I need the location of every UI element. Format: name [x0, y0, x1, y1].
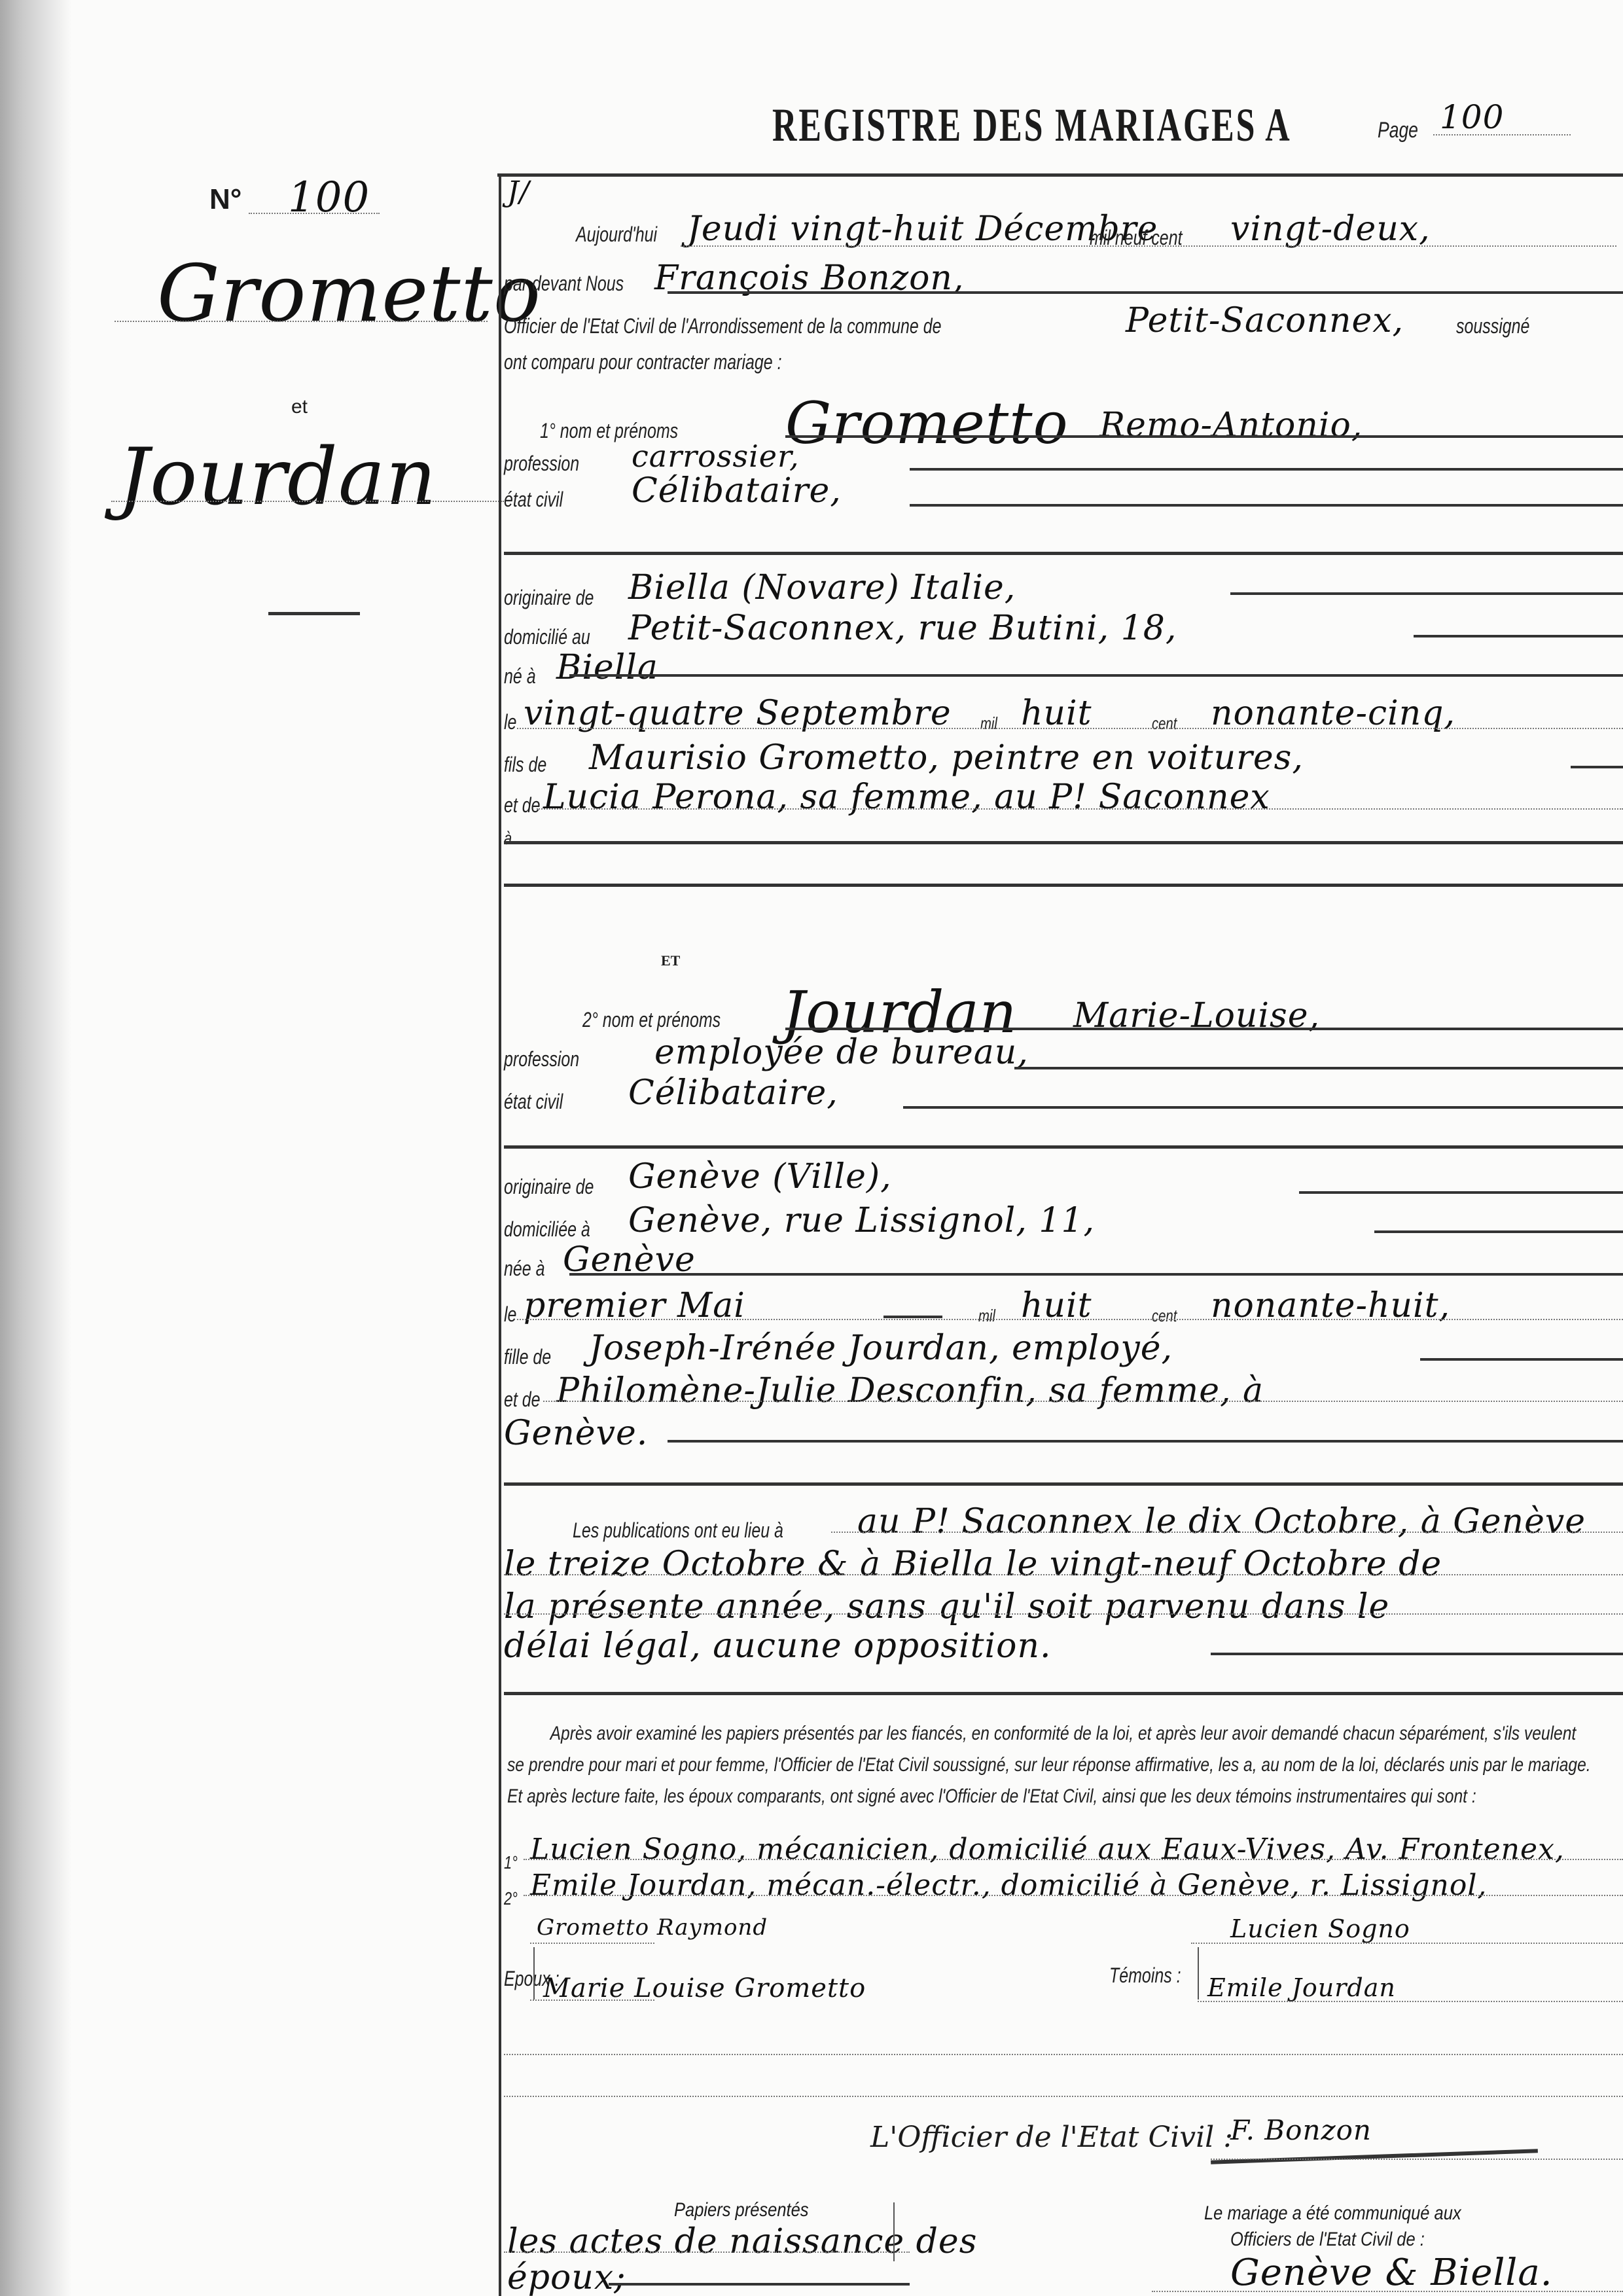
publications-dotline-1 [831, 1532, 1623, 1533]
groom-father: Maurisio Grometto, peintre en voitures, [589, 738, 1304, 778]
bride-domicile: Genève, rue Lissignol, 11, [628, 1201, 1095, 1240]
groom-etat-label: état civil [504, 488, 563, 512]
groom-father-line [1571, 766, 1623, 768]
bride-originaire: Genève (Ville), [628, 1157, 892, 1196]
bride-section-rule [504, 1145, 1623, 1149]
publications-line-2: le treize Octobre & à Biella le vingt-ne… [504, 1545, 1442, 1584]
bride-domicile-label: domiciliée à [504, 1217, 590, 1242]
comparu-label: ont comparu pour contracter mariage : [504, 350, 782, 374]
witness-2-num: 2° [504, 1888, 518, 1909]
bride-profession-line [1014, 1067, 1623, 1069]
officier-label: Officier de l'Etat Civil de l'Arrondisse… [504, 314, 941, 338]
groom-birthplace: Biella [556, 648, 658, 687]
bride-birthplace-line [569, 1273, 1623, 1276]
witness-1: Lucien Sogno, mécanicien, domicilié aux … [530, 1833, 1565, 1866]
groom-section-rule [504, 552, 1623, 555]
bride-le-label: le [504, 1302, 516, 1327]
groom-mother: Lucia Perona, sa femme, au P! Saconnex [543, 778, 1270, 817]
margin-bride-surname: Jourdan [118, 432, 437, 523]
header-rule [497, 173, 1623, 177]
groom-originaire: Biella (Novare) Italie, [628, 568, 1016, 607]
temoins-label: Témoins : [1109, 1964, 1181, 1988]
bride-nee-label: née à [504, 1257, 544, 1281]
groom-mother-line [537, 808, 1623, 810]
marginal-mark: J/ [507, 175, 529, 209]
groom-domicile-label: domicilié au [504, 625, 590, 649]
epoux-sig-line-2 [530, 2000, 654, 2001]
communication-label-1: Le mariage a été communiqué aux [1204, 2202, 1461, 2225]
groom-name-line [785, 435, 1623, 438]
temoin-signature-1: Lucien Sogno [1230, 1914, 1410, 1943]
margin-bride-line [111, 501, 504, 502]
witness-1-num: 1° [504, 1852, 518, 1873]
page-number-line [1433, 134, 1571, 135]
groom-end-rule [504, 884, 1623, 887]
groom-etat: Célibataire, [632, 471, 842, 511]
margin-groom-surname: Grometto [157, 249, 541, 340]
page-label: Page [1378, 118, 1418, 143]
groom-mil-label: mil [980, 713, 997, 734]
page-binding-shadow [0, 0, 72, 2296]
bride-etat-label: état civil [504, 1090, 563, 1114]
marriage-year: vingt-deux, [1230, 209, 1431, 249]
bride-mil-label: mil [978, 1306, 995, 1326]
groom-originaire-label: originaire de [504, 586, 594, 610]
groom-ne-label: né à [504, 664, 536, 689]
par-devant-label: par devant Nous [504, 272, 624, 296]
bride-etat: Célibataire, [628, 1073, 838, 1113]
temoin-signature-2: Emile Jourdan [1207, 1973, 1396, 2002]
temoin-sig-line-2 [1198, 2001, 1623, 2002]
publications-end-line [1211, 1653, 1623, 1655]
groom-etat-line [910, 504, 1623, 507]
publications-end-rule [504, 1692, 1623, 1695]
margin-end-rule [268, 612, 360, 615]
papers-line-2-rule [609, 2283, 910, 2286]
groom-profession-line [910, 468, 1623, 471]
groom-domicile: Petit-Saconnex, rue Butini, 18, [628, 609, 1177, 648]
bride-birth-line [517, 1319, 1623, 1320]
margin-groom-line [115, 321, 488, 322]
temoins-bracket [1198, 1947, 1199, 2000]
papers-divider [893, 2202, 895, 2261]
groom-cent-label: cent [1152, 713, 1177, 734]
groom-birth-year: nonante-cinq, [1211, 694, 1455, 733]
bride-cent-label: cent [1152, 1306, 1177, 1326]
officer-signature-stroke [1211, 2149, 1538, 2164]
publications-label: Les publications ont eu lieu à [573, 1518, 783, 1543]
bride-mother: Philomène-Julie Desconfin, sa femme, à [556, 1371, 1264, 1410]
epoux-signature-1: Grometto Raymond [537, 1914, 768, 1941]
publications-line-4: délai légal, aucune opposition. [504, 1626, 1052, 1666]
publications-dotline-2 [504, 1574, 1623, 1575]
bride-father-line [1420, 1358, 1623, 1361]
bride-domicile-line [1374, 1230, 1623, 1233]
page-number: 100 [1440, 98, 1504, 136]
communication-label-2: Officiers de l'Etat Civil de : [1230, 2229, 1425, 2251]
bride-mother-cont: Genève. [504, 1414, 648, 1453]
bride-name-line [785, 1028, 1623, 1030]
groom-le-label: le [504, 710, 516, 734]
papers-dotline-1 [504, 2251, 910, 2253]
papers-label: Papiers présentés [674, 2199, 809, 2221]
officer-signature-label: L'Officier de l'Etat Civil : [870, 2121, 1233, 2154]
groom-profession: carrossier, [632, 439, 800, 474]
bride-profession: employée de bureau, [654, 1033, 1029, 1072]
form-left-border [499, 173, 501, 2296]
marriage-date: Jeudi vingt-huit Décembre [687, 209, 1158, 249]
bride-originaire-line [1299, 1191, 1623, 1194]
groom-domicile-line [1414, 635, 1623, 637]
groom-birth-date: vingt-quatre Septembre [524, 694, 952, 733]
bride-nom-label: 2° nom et prénoms [582, 1008, 721, 1032]
bride-mother-line [543, 1401, 1623, 1402]
bride-profession-label: profession [504, 1047, 579, 1071]
record-number: 100 [288, 173, 370, 222]
declaration-text: Après avoir examiné les papiers présenté… [507, 1718, 1597, 1812]
bride-fille-label: fille de [504, 1345, 551, 1369]
papers-line-1: les actes de naissance des [507, 2222, 977, 2261]
record-number-line [249, 213, 380, 214]
groom-birthplace-line [569, 674, 1623, 677]
temoin-sig-line-1 [1191, 1943, 1623, 1944]
groom-given-names: Remo-Antonio, [1099, 406, 1363, 445]
groom-profession-label: profession [504, 452, 579, 476]
bride-mere-label: et de [504, 1388, 541, 1412]
groom-a-label: à [504, 828, 512, 849]
communication-line [1152, 2291, 1623, 2292]
epoux-bracket [533, 1947, 535, 2000]
aujourdhui-label: Aujourd'hui [576, 223, 657, 247]
groom-birth-century: huit [1021, 694, 1092, 733]
officer-line [668, 291, 1623, 294]
groom-mere-label: et de [504, 793, 541, 817]
groom-originaire-line [1230, 592, 1623, 595]
groom-fils-label: fils de [504, 753, 546, 777]
bride-birth-dash [883, 1316, 942, 1318]
bride-originaire-label: originaire de [504, 1175, 594, 1199]
groom-birth-line [517, 728, 1623, 729]
witness-1-line [524, 1859, 1623, 1860]
date-line [681, 245, 1616, 247]
signature-end-line-1 [504, 2054, 1623, 2055]
bride-father: Joseph-Irénée Jourdan, employé, [589, 1329, 1173, 1368]
publications-line-3: la présente année, sans qu'il soit parve… [504, 1587, 1389, 1626]
witness-2: Emile Jourdan, mécan.-électr., domicilié… [530, 1869, 1487, 1902]
groom-surname: Grometto [785, 389, 1069, 457]
communication-value: Genève & Biella. [1230, 2251, 1553, 2294]
papers-line-2: époux; [507, 2258, 626, 2296]
bride-etat-line [903, 1106, 1623, 1109]
record-number-label: N° [209, 183, 241, 216]
epoux-sig-line-1 [530, 1943, 654, 1944]
officer-signature-line [1211, 2159, 1623, 2160]
publications-line-1: au P! Saconnex le dix Octobre, à Genève [857, 1502, 1586, 1541]
register-title: REGISTRE DES MARIAGES A [772, 98, 1292, 152]
bride-end-rule [504, 1482, 1623, 1486]
groom-a-line [504, 841, 1623, 844]
witness-2-line [524, 1895, 1623, 1896]
publications-dotline-3 [504, 1613, 1623, 1615]
margin-conjunction: et [291, 396, 308, 418]
officer-signature: F. Bonzon [1230, 2114, 1372, 2146]
soussigne-label: soussigné [1456, 314, 1529, 338]
et-separator: ET [661, 952, 680, 969]
bride-mother-cont-line [668, 1440, 1623, 1443]
commune-value: Petit-Saconnex, [1126, 301, 1404, 340]
signature-end-line-2 [504, 2096, 1623, 2097]
